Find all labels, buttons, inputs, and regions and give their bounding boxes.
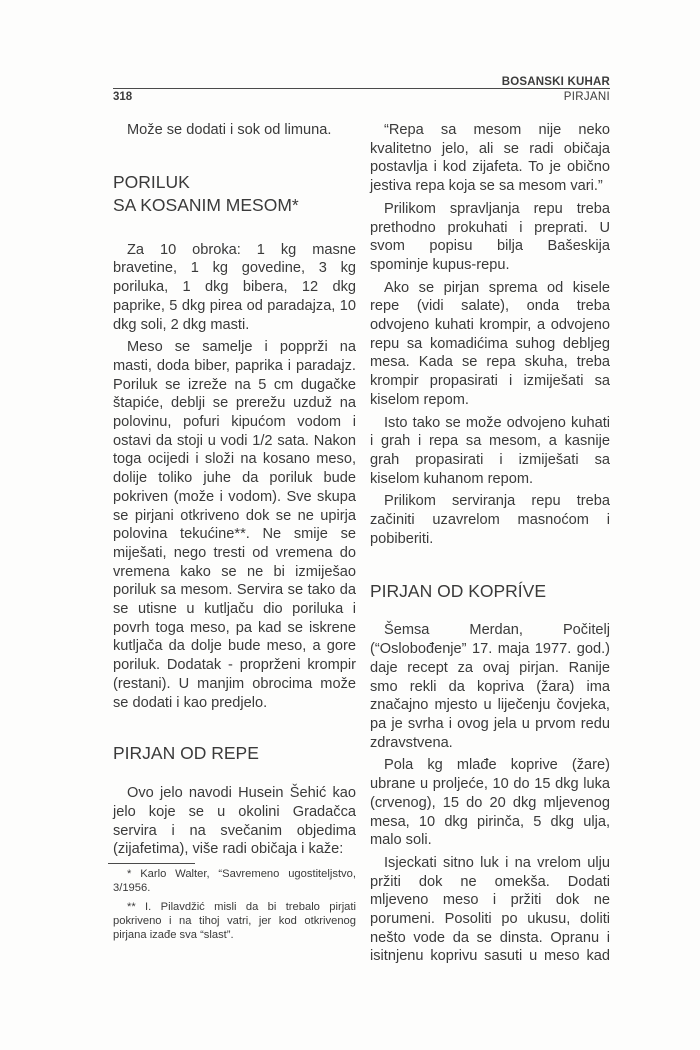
repa-paragraph-2: Prilikom spravljanja repu treba prethodn…: [370, 200, 610, 275]
footnote-2: ** I. Pilavdžić misli da bi trebalo pirj…: [113, 900, 356, 943]
intro-paragraph: Može se dodati i sok od limuna.: [113, 121, 356, 140]
section-label: PIRJANI: [564, 91, 610, 103]
recipe-title-poriluk: PORILUK SA KOSANIM MESOM*: [113, 171, 356, 217]
recipe-title-kopriva: PIRJAN OD KOPRÍVE: [370, 580, 610, 603]
right-column: “Repa sa mesom nije neko kvalitetno jelo…: [370, 120, 610, 970]
repa-intro-paragraph: Ovo jelo navodi Husein Šehić kao jelo ko…: [113, 784, 356, 859]
kopriva-paragraph-2: Pola kg mlađe koprive (žare) ubrane u pr…: [370, 756, 610, 850]
recipe-title-repa: PIRJAN OD REPE: [113, 742, 356, 765]
kopriva-paragraph-3: Isjeckati sitno luk i na vrelom ulju prž…: [370, 854, 610, 966]
kopriva-paragraph-1: Šemsa Merdan, Počitelj (“Oslobođenje” 17…: [370, 621, 610, 752]
left-column: Može se dodati i sok od limuna. PORILUK …: [113, 120, 356, 946]
recipe-title-line2: SA KOSANIM MESOM*: [113, 195, 299, 215]
ingredients-paragraph: Za 10 obroka: 1 kg masne bravetine, 1 kg…: [113, 241, 356, 335]
page-number: 318: [113, 91, 132, 103]
repa-paragraph-4: Isto tako se može odvojeno kuhati i grah…: [370, 414, 610, 489]
footnote-1: * Karlo Walter, “Savremeno ugostiteljstv…: [113, 867, 356, 895]
repa-paragraph-5: Prilikom serviranja repu treba začiniti …: [370, 492, 610, 548]
repa-quote-paragraph: “Repa sa mesom nije neko kvalitetno jelo…: [370, 121, 610, 196]
footnote-rule: [108, 863, 195, 864]
header-rule: [113, 88, 610, 89]
method-paragraph: Meso se samelje i popprži na masti, doda…: [113, 338, 356, 712]
running-header-title: BOSANSKI KUHAR: [502, 76, 610, 88]
repa-paragraph-3: Ako se pirjan sprema od kisele repe (vid…: [370, 279, 610, 410]
recipe-title-line1: PORILUK: [113, 172, 190, 192]
